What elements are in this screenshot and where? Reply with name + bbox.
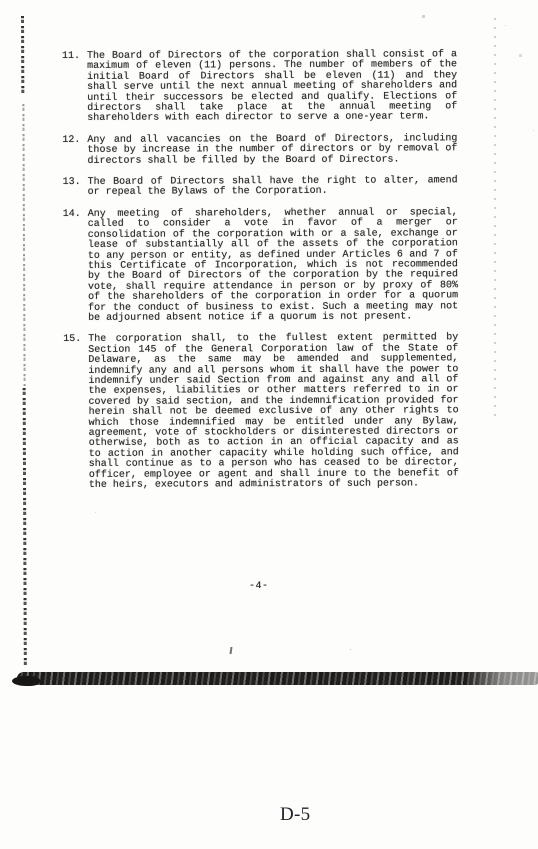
scanned-page: 11. The Board of Directors of the corpor… [0,0,538,849]
scan-artifact-right-dots [494,18,496,418]
document-body: 11. The Board of Directors of the corpor… [62,50,459,491]
paragraph-12: 12. Any and all vacancies on the Board o… [62,134,457,167]
left-edge-segment-middle [22,104,25,386]
scan-speck [230,647,233,654]
paragraph-text: Any and all vacancies on the Board of Di… [87,134,457,167]
scan-artifact-bottom-band [17,672,538,685]
paragraph-number: 14. [63,210,88,325]
paragraph-number: 11. [62,52,87,125]
paragraph-text: The Board of Directors shall have the ri… [88,176,458,198]
page-number: -4- [249,581,269,592]
scan-dust-specks [0,0,1,1]
paragraph-13: 13. The Board of Directors shall have th… [63,176,458,199]
paragraph-number: 13. [63,178,88,199]
paragraph-14: 14. Any meeting of shareholders, whether… [63,208,458,324]
exhibit-label: D-5 [280,804,310,826]
bottom-band-left-blob [12,676,40,686]
paragraph-number: 15. [63,335,89,491]
left-edge-segment-top [21,16,24,96]
paragraph-text: Any meeting of shareholders, whether ann… [88,208,458,324]
paragraph-number: 12. [62,136,87,167]
scan-artifact-left-edge [20,16,28,666]
paragraph-text: The Board of Directors of the corporatio… [87,50,457,124]
paragraph-15: 15. The corporation shall, to the fulles… [63,334,459,492]
paragraph-11: 11. The Board of Directors of the corpor… [62,50,457,125]
paragraph-text: The corporation shall, to the fullest ex… [88,334,459,492]
left-edge-segment-bottom [23,388,27,666]
